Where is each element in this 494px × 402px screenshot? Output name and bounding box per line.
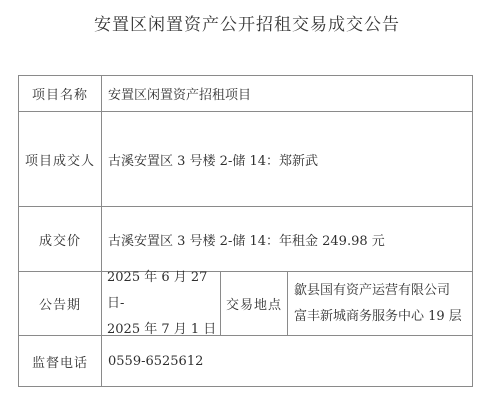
location-value: 歙县国有资产运营有限公司 富丰新城商务服务中心 19 层 [288, 272, 472, 335]
location-line-2: 富丰新城商务服务中心 19 层 [294, 304, 462, 330]
location-line-1: 歙县国有资产运营有限公司 [294, 278, 450, 304]
notice-period-start: 2025 年 6 月 27 日- [107, 265, 220, 317]
phone-label: 监督电话 [19, 336, 102, 387]
location-label: 交易地点 [221, 272, 288, 335]
price-label: 成交价 [19, 207, 102, 271]
winner-value: 古溪安置区 3 号楼 2-储 14：郑新武 [102, 112, 472, 206]
notice-period-label: 公告期 [19, 272, 102, 335]
row-price: 成交价 古溪安置区 3 号楼 2-储 14：年租金 249.98 元 [19, 207, 472, 272]
price-value: 古溪安置区 3 号楼 2-储 14：年租金 249.98 元 [102, 207, 472, 271]
winner-label: 项目成交人 [19, 112, 102, 206]
row-winner: 项目成交人 古溪安置区 3 号楼 2-储 14：郑新武 [19, 112, 472, 207]
project-name-value: 安置区闲置资产招租项目 [102, 76, 472, 111]
notice-period-value: 2025 年 6 月 27 日- 2025 年 7 月 1 日 [102, 272, 221, 335]
project-name-label: 项目名称 [19, 76, 102, 111]
row-phone: 监督电话 0559-6525612 [19, 336, 472, 387]
phone-value: 0559-6525612 [102, 336, 472, 387]
announcement-title: 安置区闲置资产公开招租交易成交公告 [0, 10, 494, 35]
row-project-name: 项目名称 安置区闲置资产招租项目 [19, 76, 472, 112]
row-notice-period: 公告期 2025 年 6 月 27 日- 2025 年 7 月 1 日 交易地点… [19, 272, 472, 336]
announcement-table: 项目名称 安置区闲置资产招租项目 项目成交人 古溪安置区 3 号楼 2-储 14… [18, 75, 473, 387]
